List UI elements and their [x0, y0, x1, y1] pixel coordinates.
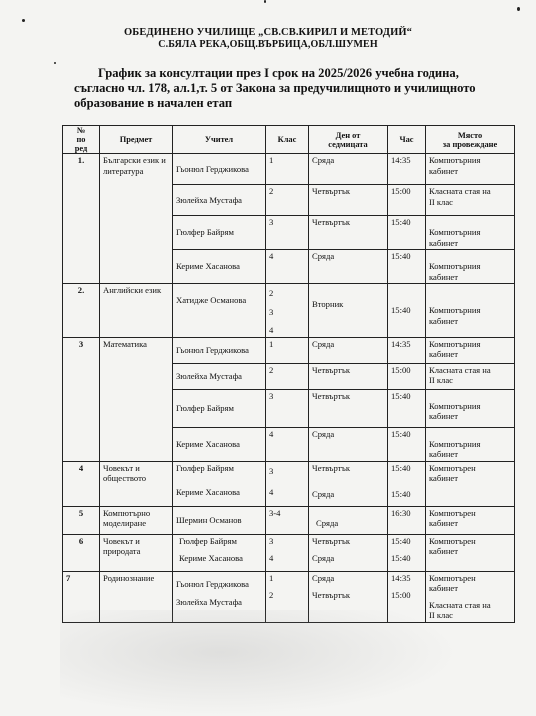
- header-day: Ден от седмицата: [309, 126, 388, 154]
- teacher-cell: Гюлфер Байрям: [173, 389, 266, 427]
- subject-cell: Компютърно моделиране: [100, 506, 173, 534]
- day-cell: Четвъртък: [309, 185, 388, 216]
- time-cell: 15:40: [388, 284, 426, 338]
- header-place: Място за провеждане: [426, 126, 515, 154]
- header-subject: Предмет: [100, 126, 173, 154]
- scanned-document-page: ОБЕДИНЕНО УЧИЛИЩЕ „СВ.СВ.КИРИЛ И МЕТОДИЙ…: [0, 0, 536, 716]
- day-cell: Сряда: [309, 506, 388, 534]
- day-cell: Сряда: [309, 337, 388, 363]
- place-cell: Компютърния кабинет: [426, 389, 515, 427]
- day-cell: Вторник: [309, 284, 388, 338]
- grade-cell: 4: [266, 427, 309, 461]
- subject-cell: Английски език: [100, 284, 173, 338]
- teacher-cell: Гьонюл Герджикова: [173, 154, 266, 185]
- row-number: 1.: [63, 154, 100, 284]
- time-cell: 15:40: [388, 389, 426, 427]
- day-cell: Четвъртък: [309, 363, 388, 389]
- day-cell: Четвъртък: [309, 389, 388, 427]
- header-teacher: Учител: [173, 126, 266, 154]
- row-number: 5: [63, 506, 100, 534]
- day-cell: Четвъртък Сряда: [309, 534, 388, 571]
- teacher-cell: Гьонюл Герджикова: [173, 337, 266, 363]
- grade-cell: 3: [266, 389, 309, 427]
- teacher-cell: Зюлейха Мустафа: [173, 363, 266, 389]
- time-cell: 15:00: [388, 363, 426, 389]
- grade-cell: 4: [266, 250, 309, 284]
- scan-speck: [22, 19, 25, 22]
- grade-cell: 3 4: [266, 534, 309, 571]
- teacher-cell: Зюлейха Мустафа: [173, 185, 266, 216]
- time-cell: 14:35: [388, 154, 426, 185]
- teacher-cell: Гюлфер Байрям Керимe Хасанова: [173, 534, 266, 571]
- subject-cell: Български език и литература: [100, 154, 173, 284]
- time-cell: 14:35: [388, 337, 426, 363]
- grade-cell: 2 3 4: [266, 284, 309, 338]
- day-cell: Сряда: [309, 154, 388, 185]
- grade-cell: 3: [266, 216, 309, 250]
- place-cell: Компютърен кабинет: [426, 506, 515, 534]
- grade-cell: 1: [266, 337, 309, 363]
- teacher-cell: Хатидже Османова: [173, 284, 266, 338]
- day-cell: Сряда: [309, 427, 388, 461]
- place-cell: Компютърния кабинет: [426, 337, 515, 363]
- header-number: № по ред: [63, 126, 100, 154]
- time-cell: 15:00: [388, 185, 426, 216]
- time-cell: 15:40 15:40: [388, 461, 426, 506]
- title-line-1: График за консултации през I срок на 202…: [74, 66, 514, 81]
- teacher-cell: Гюлфер Байрям: [173, 216, 266, 250]
- row-number: 3: [63, 337, 100, 461]
- table-row: 4 Човекът и обществото Гюлфер Байрям Кер…: [63, 461, 515, 506]
- scan-smudge: [60, 610, 460, 716]
- table-header-row: № по ред Предмет Учител Клас Ден от седм…: [63, 126, 515, 154]
- header-grade: Клас: [266, 126, 309, 154]
- grade-cell: 2: [266, 363, 309, 389]
- scan-speck: [54, 62, 56, 64]
- place-cell: Класната стая на II клас: [426, 363, 515, 389]
- subject-cell: Математика: [100, 337, 173, 461]
- day-cell: Четвъртък: [309, 216, 388, 250]
- place-cell: Компютърен кабинет: [426, 534, 515, 571]
- table-row: 1. Български език и литература Гьонюл Ге…: [63, 154, 515, 185]
- day-cell: Сряда: [309, 250, 388, 284]
- table-row: 3 Математика Гьонюл Герджикова 1 Сряда 1…: [63, 337, 515, 363]
- school-name: ОБЕДИНЕНО УЧИЛИЩЕ „СВ.СВ.КИРИЛ И МЕТОДИЙ…: [0, 27, 536, 38]
- school-address: С.БЯЛА РЕКА,ОБЩ.ВЪРБИЦА,ОБЛ.ШУМЕН: [0, 39, 536, 50]
- time-cell: 15:40 15:40: [388, 534, 426, 571]
- grade-cell: 1: [266, 154, 309, 185]
- teacher-cell: Гюлфер Байрям Керимe Хасанова: [173, 461, 266, 506]
- row-number: 4: [63, 461, 100, 506]
- grade-cell: 2: [266, 185, 309, 216]
- place-cell: Компютърния кабинет: [426, 284, 515, 338]
- row-number: 6: [63, 534, 100, 571]
- title-line-2: съгласно чл. 178, ал.1,т. 5 от Закона за…: [74, 81, 514, 96]
- time-cell: 15:40: [388, 250, 426, 284]
- row-number: 2.: [63, 284, 100, 338]
- place-cell: Компютърния кабинет: [426, 427, 515, 461]
- table-row: 2. Английски език Хатидже Османова 2 3 4…: [63, 284, 515, 338]
- teacher-cell: Керимe Хасанова: [173, 250, 266, 284]
- scan-speck: [517, 7, 520, 11]
- time-cell: 15:40: [388, 427, 426, 461]
- table-row: 6 Човекът и природата Гюлфер Байрям Кери…: [63, 534, 515, 571]
- place-cell: Компютърния кабинет: [426, 250, 515, 284]
- grade-cell: 3 4: [266, 461, 309, 506]
- consultation-schedule-table: № по ред Предмет Учител Клас Ден от седм…: [62, 125, 515, 623]
- subject-cell: Човекът и природата: [100, 534, 173, 571]
- header-time: Час: [388, 126, 426, 154]
- title-line-3: образование в начален етап: [74, 96, 514, 111]
- table-row: 5 Компютърно моделиране Шермин Османов 3…: [63, 506, 515, 534]
- teacher-cell: Керимe Хасанова: [173, 427, 266, 461]
- time-cell: 16:30: [388, 506, 426, 534]
- place-cell: Компютърния кабинет: [426, 216, 515, 250]
- time-cell: 15:40: [388, 216, 426, 250]
- grade-cell: 3-4: [266, 506, 309, 534]
- scan-speck: [264, 0, 266, 3]
- teacher-cell: Шермин Османов: [173, 506, 266, 534]
- place-cell: Класната стая на II клас: [426, 185, 515, 216]
- subject-cell: Човекът и обществото: [100, 461, 173, 506]
- place-cell: Компютърния кабинет: [426, 154, 515, 185]
- document-title: График за консултации през I срок на 202…: [74, 66, 514, 111]
- day-cell: Четвъртък Сряда: [309, 461, 388, 506]
- place-cell: Компютърен кабинет: [426, 461, 515, 506]
